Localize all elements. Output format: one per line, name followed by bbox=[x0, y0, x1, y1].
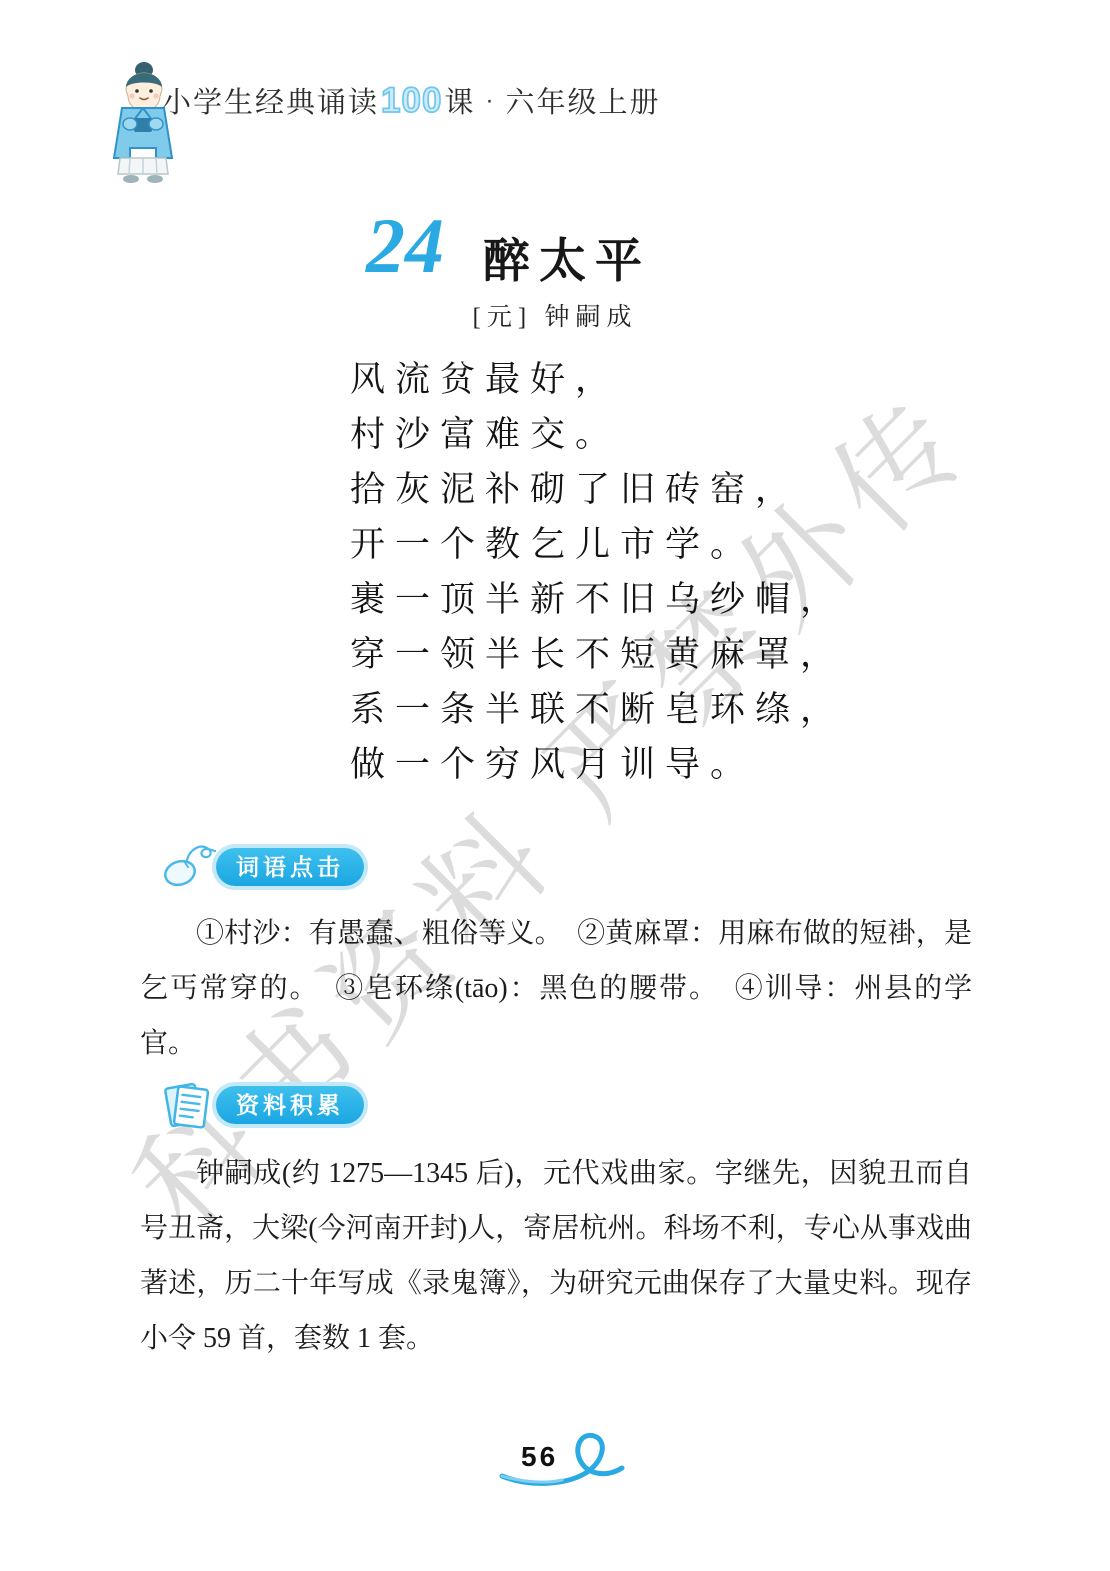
poem-line: 做一个穷风月训导。 bbox=[350, 737, 845, 792]
poem-line: 系一条半联不断皂环绦， bbox=[350, 682, 845, 737]
poem-line: 穿一领半长不短黄麻罩， bbox=[350, 627, 845, 682]
lesson-title: 醉太平 bbox=[483, 224, 651, 291]
book-page: 科书资料 严禁外传 小学生经典诵读100课·六年级上册 2 bbox=[0, 0, 1110, 1571]
materials-bio-paragraph: 钟嗣成(约 1275—1345 后)，元代戏曲家。字继先，因貌丑而自号丑斋，大梁… bbox=[140, 1146, 972, 1366]
ribbon-flourish-icon bbox=[498, 1428, 648, 1494]
mouse-icon bbox=[160, 840, 216, 892]
title-separator-dot: · bbox=[485, 87, 495, 115]
series-title-prefix: 小学生经典诵读 bbox=[162, 80, 379, 121]
materials-section-badge: 资料积累 bbox=[216, 1086, 364, 1124]
documents-icon bbox=[158, 1078, 216, 1134]
poem-text: 风流贫最好， 村沙富难交。 拾灰泥补砌了旧砖窑， 开一个教乞儿市学。 裹一顶半新… bbox=[350, 352, 845, 792]
author-line: [元] 钟嗣成 bbox=[0, 297, 1110, 333]
poem-line: 开一个教乞儿市学。 bbox=[350, 517, 845, 572]
words-notes-paragraph: ①村沙：有愚蠢、粗俗等义。 ②黄麻罩：用麻布做的短褂，是乞丐常穿的。 ③皂环绦(… bbox=[140, 906, 972, 1071]
series-title-suffix: 课 bbox=[444, 80, 475, 121]
series-title: 小学生经典诵读100课·六年级上册 bbox=[162, 80, 660, 121]
poem-line: 裹一顶半新不旧乌纱帽， bbox=[350, 572, 845, 627]
poem-line: 村沙富难交。 bbox=[350, 407, 845, 462]
lesson-number: 24 bbox=[366, 206, 444, 286]
series-title-number: 100 bbox=[381, 81, 442, 121]
words-section-badge: 词语点击 bbox=[216, 848, 364, 886]
poem-line: 风流贫最好， bbox=[350, 352, 845, 407]
poem-line: 拾灰泥补砌了旧砖窑， bbox=[350, 462, 845, 517]
series-volume: 六年级上册 bbox=[505, 80, 660, 121]
